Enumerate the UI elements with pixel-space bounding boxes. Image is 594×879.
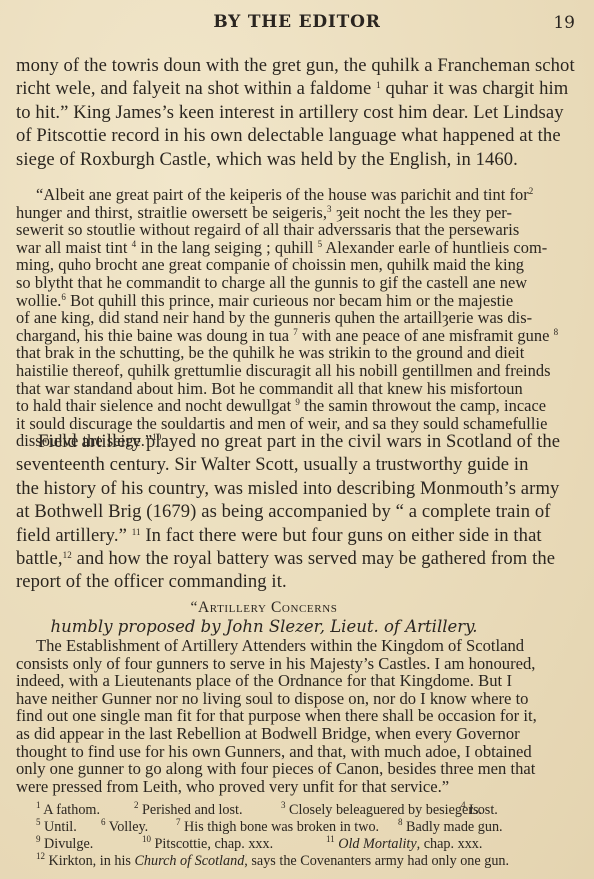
footnote-1: 1 A fathom. [36, 802, 100, 819]
document-line: as did appear in the last Rebellion at B… [16, 725, 512, 743]
paragraph-2: Field artillery played no great part in … [16, 430, 512, 594]
footnote-ref[interactable]: 11 [132, 527, 141, 537]
quote-line: so blytht that he commandit to charge al… [16, 274, 512, 292]
footnote-row: 12 Kirkton, in his Church of Scotland, s… [36, 853, 500, 870]
footnote-2: 2 Perished and lost. [134, 802, 243, 819]
footnote-11: 11 Old Mortality, chap. xxx. [326, 836, 482, 853]
document-line: indeed, with a Lieutenants place of the … [16, 672, 512, 690]
text-line: field artillery.” 11 In fact there were … [16, 524, 512, 547]
text-line: richt wele, and falyeit na shot within a… [16, 77, 512, 100]
footnote-row: 9 Divulge. 10 Pitscottie, chap. xxx. 11 … [36, 836, 500, 853]
document-line: The Establishment of Artillery Attenders… [16, 637, 512, 655]
slezer-document: “Artillery Concerns humbly proposed by J… [16, 598, 512, 795]
footnote-ref[interactable]: 5 [318, 239, 323, 249]
footnotes: 1 A fathom. 2 Perished and lost. 3 Close… [36, 802, 500, 870]
footnote-4: 4 Lost. [461, 802, 498, 819]
footnote-7: 7 His thigh bone was broken in two. [176, 819, 379, 836]
quote-line: that brak in the schutting, be the quhil… [16, 344, 512, 362]
footnote-ref[interactable]: 7 [293, 327, 298, 337]
footnote-5: 5 Until. [36, 819, 77, 836]
document-subheading: humbly proposed by John Slezer, Lieut. o… [16, 617, 512, 637]
footnote-ref[interactable]: 8 [554, 327, 559, 337]
document-line: find out one single man fit for that pur… [16, 707, 512, 725]
footnote-9: 9 Divulge. [36, 836, 93, 853]
text-line: siege of Roxburgh Castle, which was held… [16, 148, 512, 171]
footnote-3: 3 Closely beleaguered by besiegers. [281, 802, 482, 819]
text-line: at Bothwell Brig (1679) as being accompa… [16, 500, 512, 523]
document-line: were pressed from Leith, who proved very… [16, 778, 512, 796]
footnote-ref[interactable]: 6 [61, 292, 66, 302]
text-line: of Pitscottie record in his own delectab… [16, 124, 512, 147]
running-title: BY THE EDITOR [0, 12, 594, 32]
footnote-ref[interactable]: 3 [327, 204, 332, 214]
quote-line: chargand, his thie baine was doung in tu… [16, 327, 512, 345]
quote-line: haistilie thereof, quhilk grettumlie dis… [16, 362, 512, 380]
document-heading: “Artillery Concerns [16, 598, 512, 617]
text-line: Field artillery played no great part in … [16, 430, 512, 453]
footnote-ref[interactable]: 2 [529, 186, 534, 196]
quote-line: to hald thair sielence and nocht dewullg… [16, 397, 512, 415]
footnote-ref[interactable]: 9 [295, 397, 300, 407]
document-line: thought to find use for his own Gunners,… [16, 743, 512, 761]
footnote-row: 5 Until. 6 Volley. 7 His thigh bone was … [36, 819, 500, 836]
footnote-ref[interactable]: 12 [63, 550, 72, 560]
footnote-10: 10 Pitscottie, chap. xxx. [142, 836, 273, 853]
text-line: report of the officer commanding it. [16, 570, 512, 593]
footnote-ref[interactable]: 1 [376, 80, 381, 90]
book-page: BY THE EDITOR 19 mony of the towris doun… [0, 0, 594, 879]
quote-line: wollie.6 Bot quhill this prince, mair cu… [16, 292, 512, 310]
footnote-ref[interactable]: 4 [132, 239, 137, 249]
page-number: 19 [553, 13, 575, 33]
paragraph-1: mony of the towris doun with the gret gu… [16, 54, 512, 171]
quote-line: that war standand about him. Bot he comm… [16, 380, 512, 398]
pitscottie-quote: “Albeit ane great pairt of the keiperis … [16, 186, 512, 450]
quote-line: war all maist tint 4 in the lang seiging… [16, 239, 512, 257]
document-line: consists only of four gunners to serve i… [16, 655, 512, 673]
text-line: to hit.” King James’s keen interest in a… [16, 101, 512, 124]
text-line: the history of his country, was misled i… [16, 477, 512, 500]
quote-line: hunger and thirst, straitlie owersett be… [16, 204, 512, 222]
quote-line: of ane king, did stand neir hand by the … [16, 309, 512, 327]
document-line: only one gunner to go along with four pi… [16, 760, 512, 778]
quote-line: sewerit so stoutlie without regaird of a… [16, 221, 512, 239]
footnote-8: 8 Badly made gun. [398, 819, 503, 836]
quote-line: ming, quho brocht ane great companie of … [16, 256, 512, 274]
quote-line: “Albeit ane great pairt of the keiperis … [16, 186, 512, 204]
document-line: have neither Gunner nor no living soul t… [16, 690, 512, 708]
text-line: mony of the towris doun with the gret gu… [16, 54, 512, 77]
text-line: battle,12 and how the royal battery was … [16, 547, 512, 570]
footnote-12: 12 Kirkton, in his Church of Scotland, s… [36, 853, 509, 870]
text-line: seventeenth century. Sir Walter Scott, u… [16, 453, 512, 476]
